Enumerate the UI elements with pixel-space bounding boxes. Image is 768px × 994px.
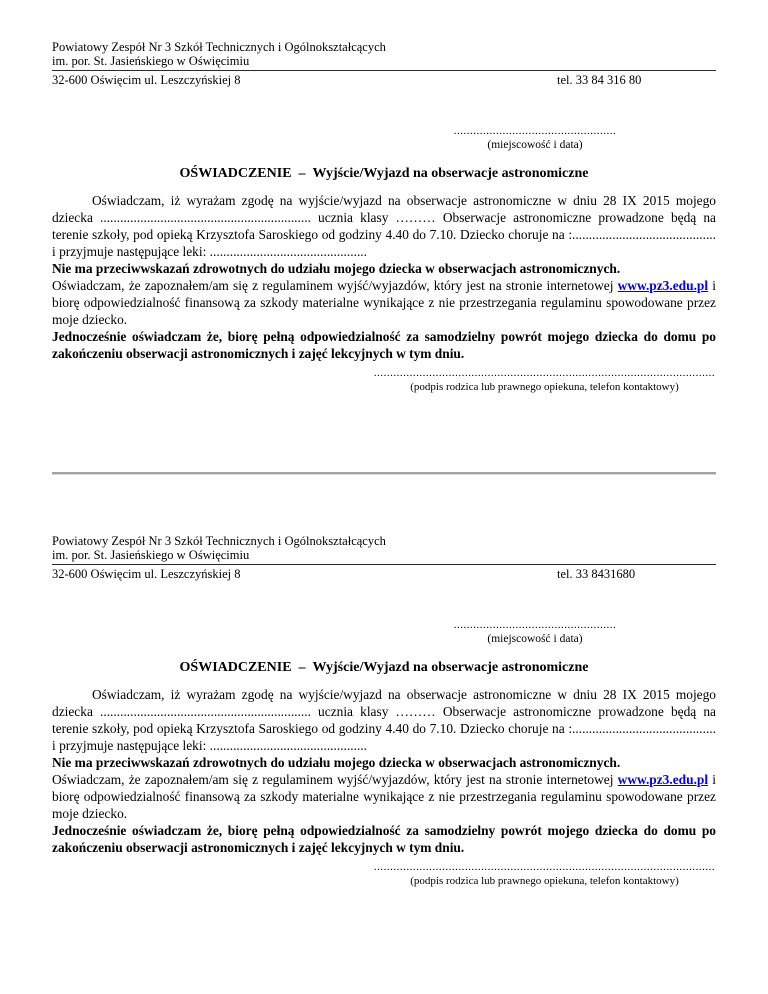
school-name-line2: im. por. St. Jasieńskiego w Oświęcimiu (52, 54, 716, 71)
signature-caption: (podpis rodzica lub prawnego opiekuna, t… (373, 380, 716, 394)
regulations-paragraph: Oświadczam, że zapoznałem/am się z regul… (52, 771, 716, 822)
regulations-text-before: Oświadczam, że zapoznałem/am się z regul… (52, 772, 618, 787)
school-name-line1: Powiatowy Zespół Nr 3 Szkół Technicznych… (52, 534, 716, 548)
school-phone: tel. 33 84 316 80 (557, 73, 641, 88)
school-name-line2: im. por. St. Jasieńskiego w Oświęcimiu (52, 548, 716, 565)
form-body: Oświadczam, iż wyrażam zgodę na wyjście/… (52, 686, 716, 856)
school-name-line1: Powiatowy Zespół Nr 3 Szkół Technicznych… (52, 40, 716, 54)
signature-blank: ........................................… (373, 861, 716, 874)
signature-block: ........................................… (373, 367, 716, 394)
form-title: OŚWIADCZENIE – Wyjście/Wyjazd na obserwa… (52, 165, 716, 183)
page-half-divider (52, 472, 716, 475)
signature-block: ........................................… (373, 861, 716, 888)
return-statement: Jednocześnie oświadczam że, biorę pełną … (52, 822, 716, 856)
place-date-block: ........................................… (440, 125, 630, 152)
regulations-paragraph: Oświadczam, że zapoznałem/am się z regul… (52, 277, 716, 328)
regulations-text-before: Oświadczam, że zapoznałem/am się z regul… (52, 278, 618, 293)
consent-paragraph: Oświadczam, iż wyrażam zgodę na wyjście/… (52, 192, 716, 260)
form-title: OŚWIADCZENIE – Wyjście/Wyjazd na obserwa… (52, 659, 716, 677)
return-statement: Jednocześnie oświadczam że, biorę pełną … (52, 328, 716, 362)
consent-form-lower: Powiatowy Zespół Nr 3 Szkół Technicznych… (52, 534, 716, 888)
place-date-block: ........................................… (440, 619, 630, 646)
address-row: 32-600 Oświęcim ul. Leszczyńskiej 8 tel.… (52, 73, 716, 89)
signature-blank: ........................................… (373, 367, 716, 380)
health-statement: Nie ma przeciwwskazań zdrowotnych do udz… (52, 754, 716, 771)
school-address: 32-600 Oświęcim ul. Leszczyńskiej 8 (52, 567, 241, 581)
signature-caption: (podpis rodzica lub prawnego opiekuna, t… (373, 874, 716, 888)
document-page: Powiatowy Zespół Nr 3 Szkół Technicznych… (0, 0, 768, 994)
address-row: 32-600 Oświęcim ul. Leszczyńskiej 8 tel.… (52, 567, 716, 583)
place-date-blank: ........................................… (440, 125, 630, 138)
health-statement: Nie ma przeciwwskazań zdrowotnych do udz… (52, 260, 716, 277)
consent-paragraph: Oświadczam, iż wyrażam zgodę na wyjście/… (52, 686, 716, 754)
form-body: Oświadczam, iż wyrażam zgodę na wyjście/… (52, 192, 716, 362)
pz3-website-link[interactable]: www.pz3.edu.pl (618, 278, 708, 293)
place-date-blank: ........................................… (440, 619, 630, 632)
place-date-caption: (miejscowość i data) (440, 632, 630, 646)
place-date-caption: (miejscowość i data) (440, 138, 630, 152)
consent-form-upper: Powiatowy Zespół Nr 3 Szkół Technicznych… (52, 40, 716, 394)
school-phone: tel. 33 8431680 (557, 567, 635, 582)
school-address: 32-600 Oświęcim ul. Leszczyńskiej 8 (52, 73, 241, 87)
pz3-website-link[interactable]: www.pz3.edu.pl (618, 772, 708, 787)
